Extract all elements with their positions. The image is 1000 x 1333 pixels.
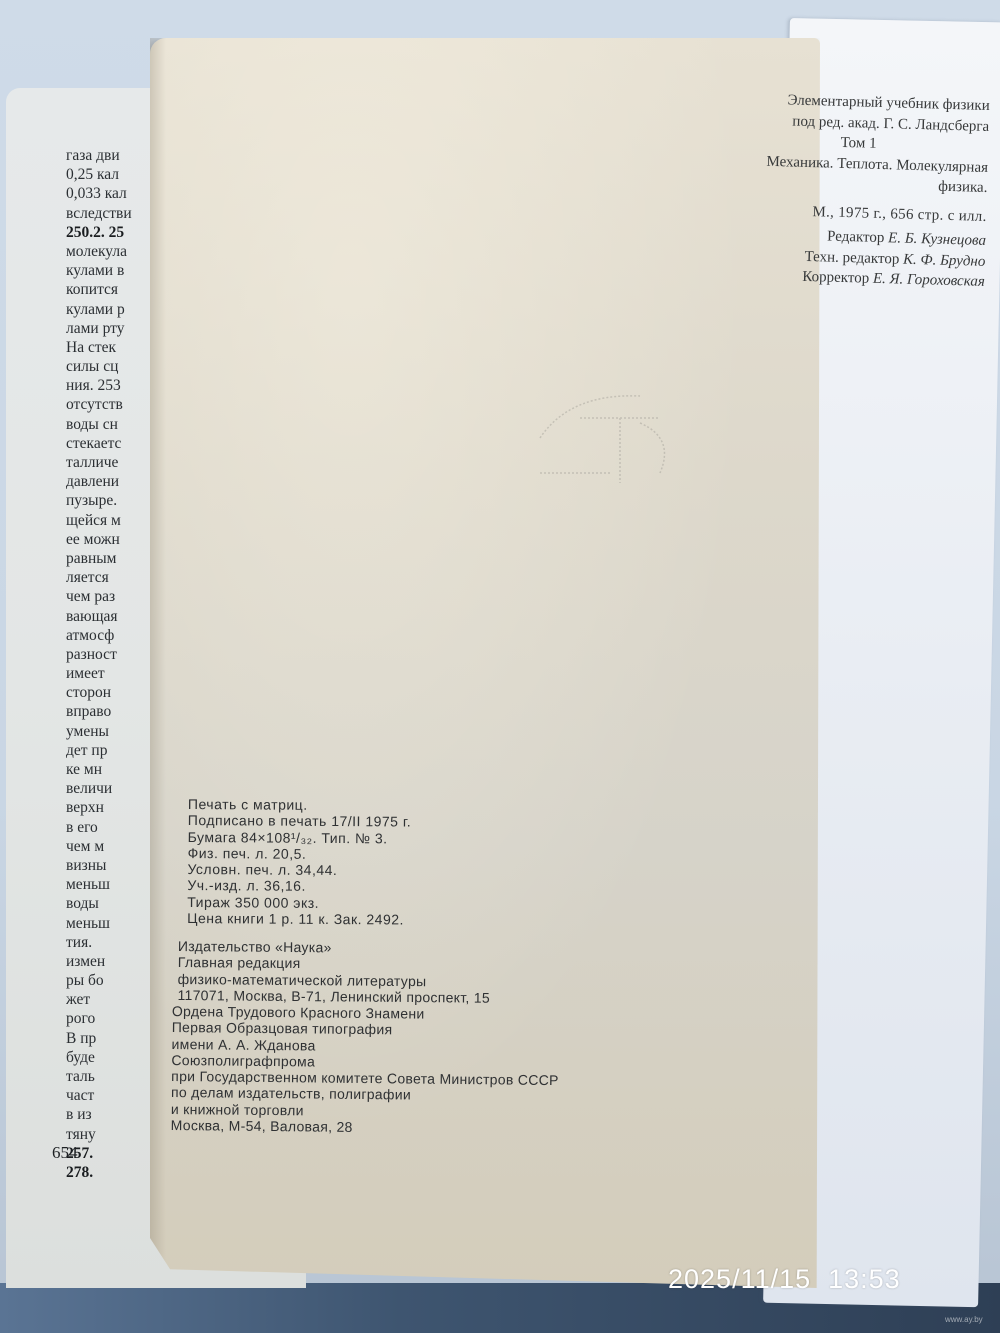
print-spec-line: Тираж 350 000 экз. [187, 894, 410, 912]
print-spec-line: Печать с матриц. [188, 796, 411, 814]
print-spec-line: Уч.-изд. л. 36,16. [187, 877, 410, 895]
page-number: 654 [52, 1143, 78, 1163]
print-spec-line: Подписано в печать 17/II 1975 г. [188, 812, 411, 830]
photo-timestamp: 2025/11/15 13:53 [668, 1264, 901, 1295]
printer-info: Ордена Трудового Красного Знамени Первая… [171, 1003, 560, 1137]
book-imprint-header: Элементарный учебник физики под ред. ака… [685, 88, 990, 293]
print-spec-line: Условн. печ. л. 34,44. [187, 861, 410, 879]
show-through-stamp-icon [510, 378, 700, 488]
site-watermark: www.ay.by [945, 1315, 983, 1324]
publisher-info: Издательство «Наука» Главная редакция фи… [177, 938, 490, 1006]
print-spec-line: Физ. печ. л. 20,5. [188, 845, 411, 863]
photo-scene: газа дви0,25 кал0,033 калвследстви250.2.… [0, 0, 1000, 1333]
print-specifications: Печать с матриц. Подписано в печать 17/I… [187, 796, 411, 928]
print-spec-line: Цена книги 1 р. 11 к. Зак. 2492. [187, 910, 410, 928]
publication-info: М., 1975 г., 656 стр. с илл. [686, 198, 986, 227]
print-spec-line: Бумага 84×108¹/₃₂. Тип. № 3. [188, 829, 411, 847]
